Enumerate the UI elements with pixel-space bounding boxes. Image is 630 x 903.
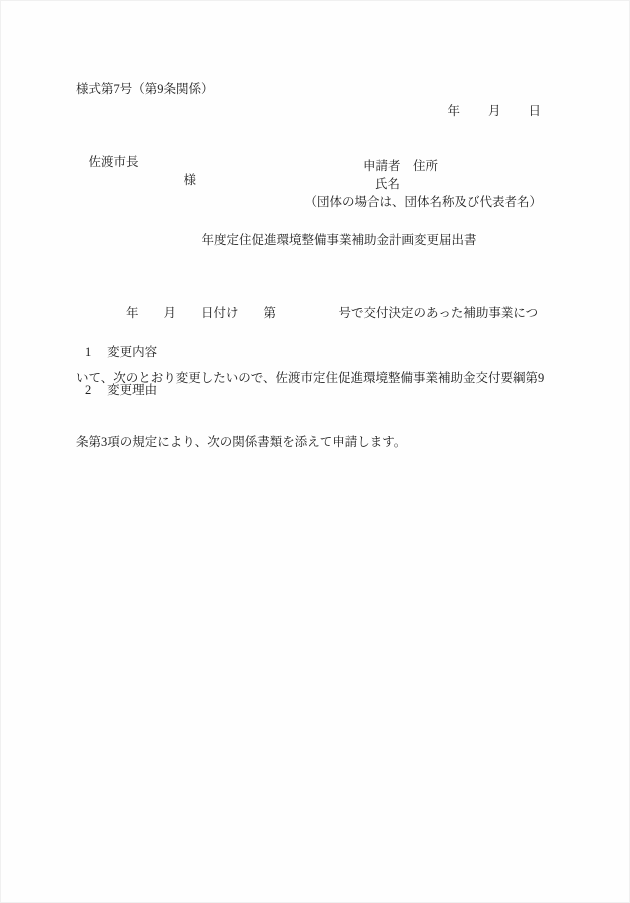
- item-label: 変更内容: [107, 342, 157, 360]
- date-blank-line: 年 月 日: [76, 101, 542, 119]
- document-title: 年度定住促進環境整備事業補助金計画変更届出書: [76, 230, 542, 248]
- item-number: 1: [85, 345, 104, 360]
- body-line-3: 条第3項の規定により、次の関係書類を添えて申請します。: [76, 432, 548, 454]
- document-page: 様式第7号（第9条関係） 年 月 日 佐渡市長 様 申請者 住所 氏名 （団体の…: [0, 0, 630, 903]
- item-number: 2: [85, 383, 104, 398]
- group-note: （団体の場合は、団体名称及び代表者名）: [76, 192, 542, 210]
- form-number: 様式第7号（第9条関係）: [76, 79, 214, 97]
- body-line-1: 年 月 日付け 第 号で交付決定のあった補助事業につ: [76, 303, 548, 325]
- list-item-change-content: 1 変更内容: [76, 342, 157, 360]
- addressee-name: 佐渡市長: [89, 155, 139, 169]
- list-item-change-reason: 2 変更理由: [76, 380, 157, 398]
- body-paragraph: 年 月 日付け 第 号で交付決定のあった補助事業につ いて、次のとおり変更したい…: [76, 260, 548, 497]
- applicant-name-line: 氏名: [375, 174, 400, 192]
- addressee-honorific: 様: [184, 170, 197, 188]
- item-label: 変更理由: [107, 380, 157, 398]
- applicant-address-line: 申請者 住所: [363, 156, 438, 174]
